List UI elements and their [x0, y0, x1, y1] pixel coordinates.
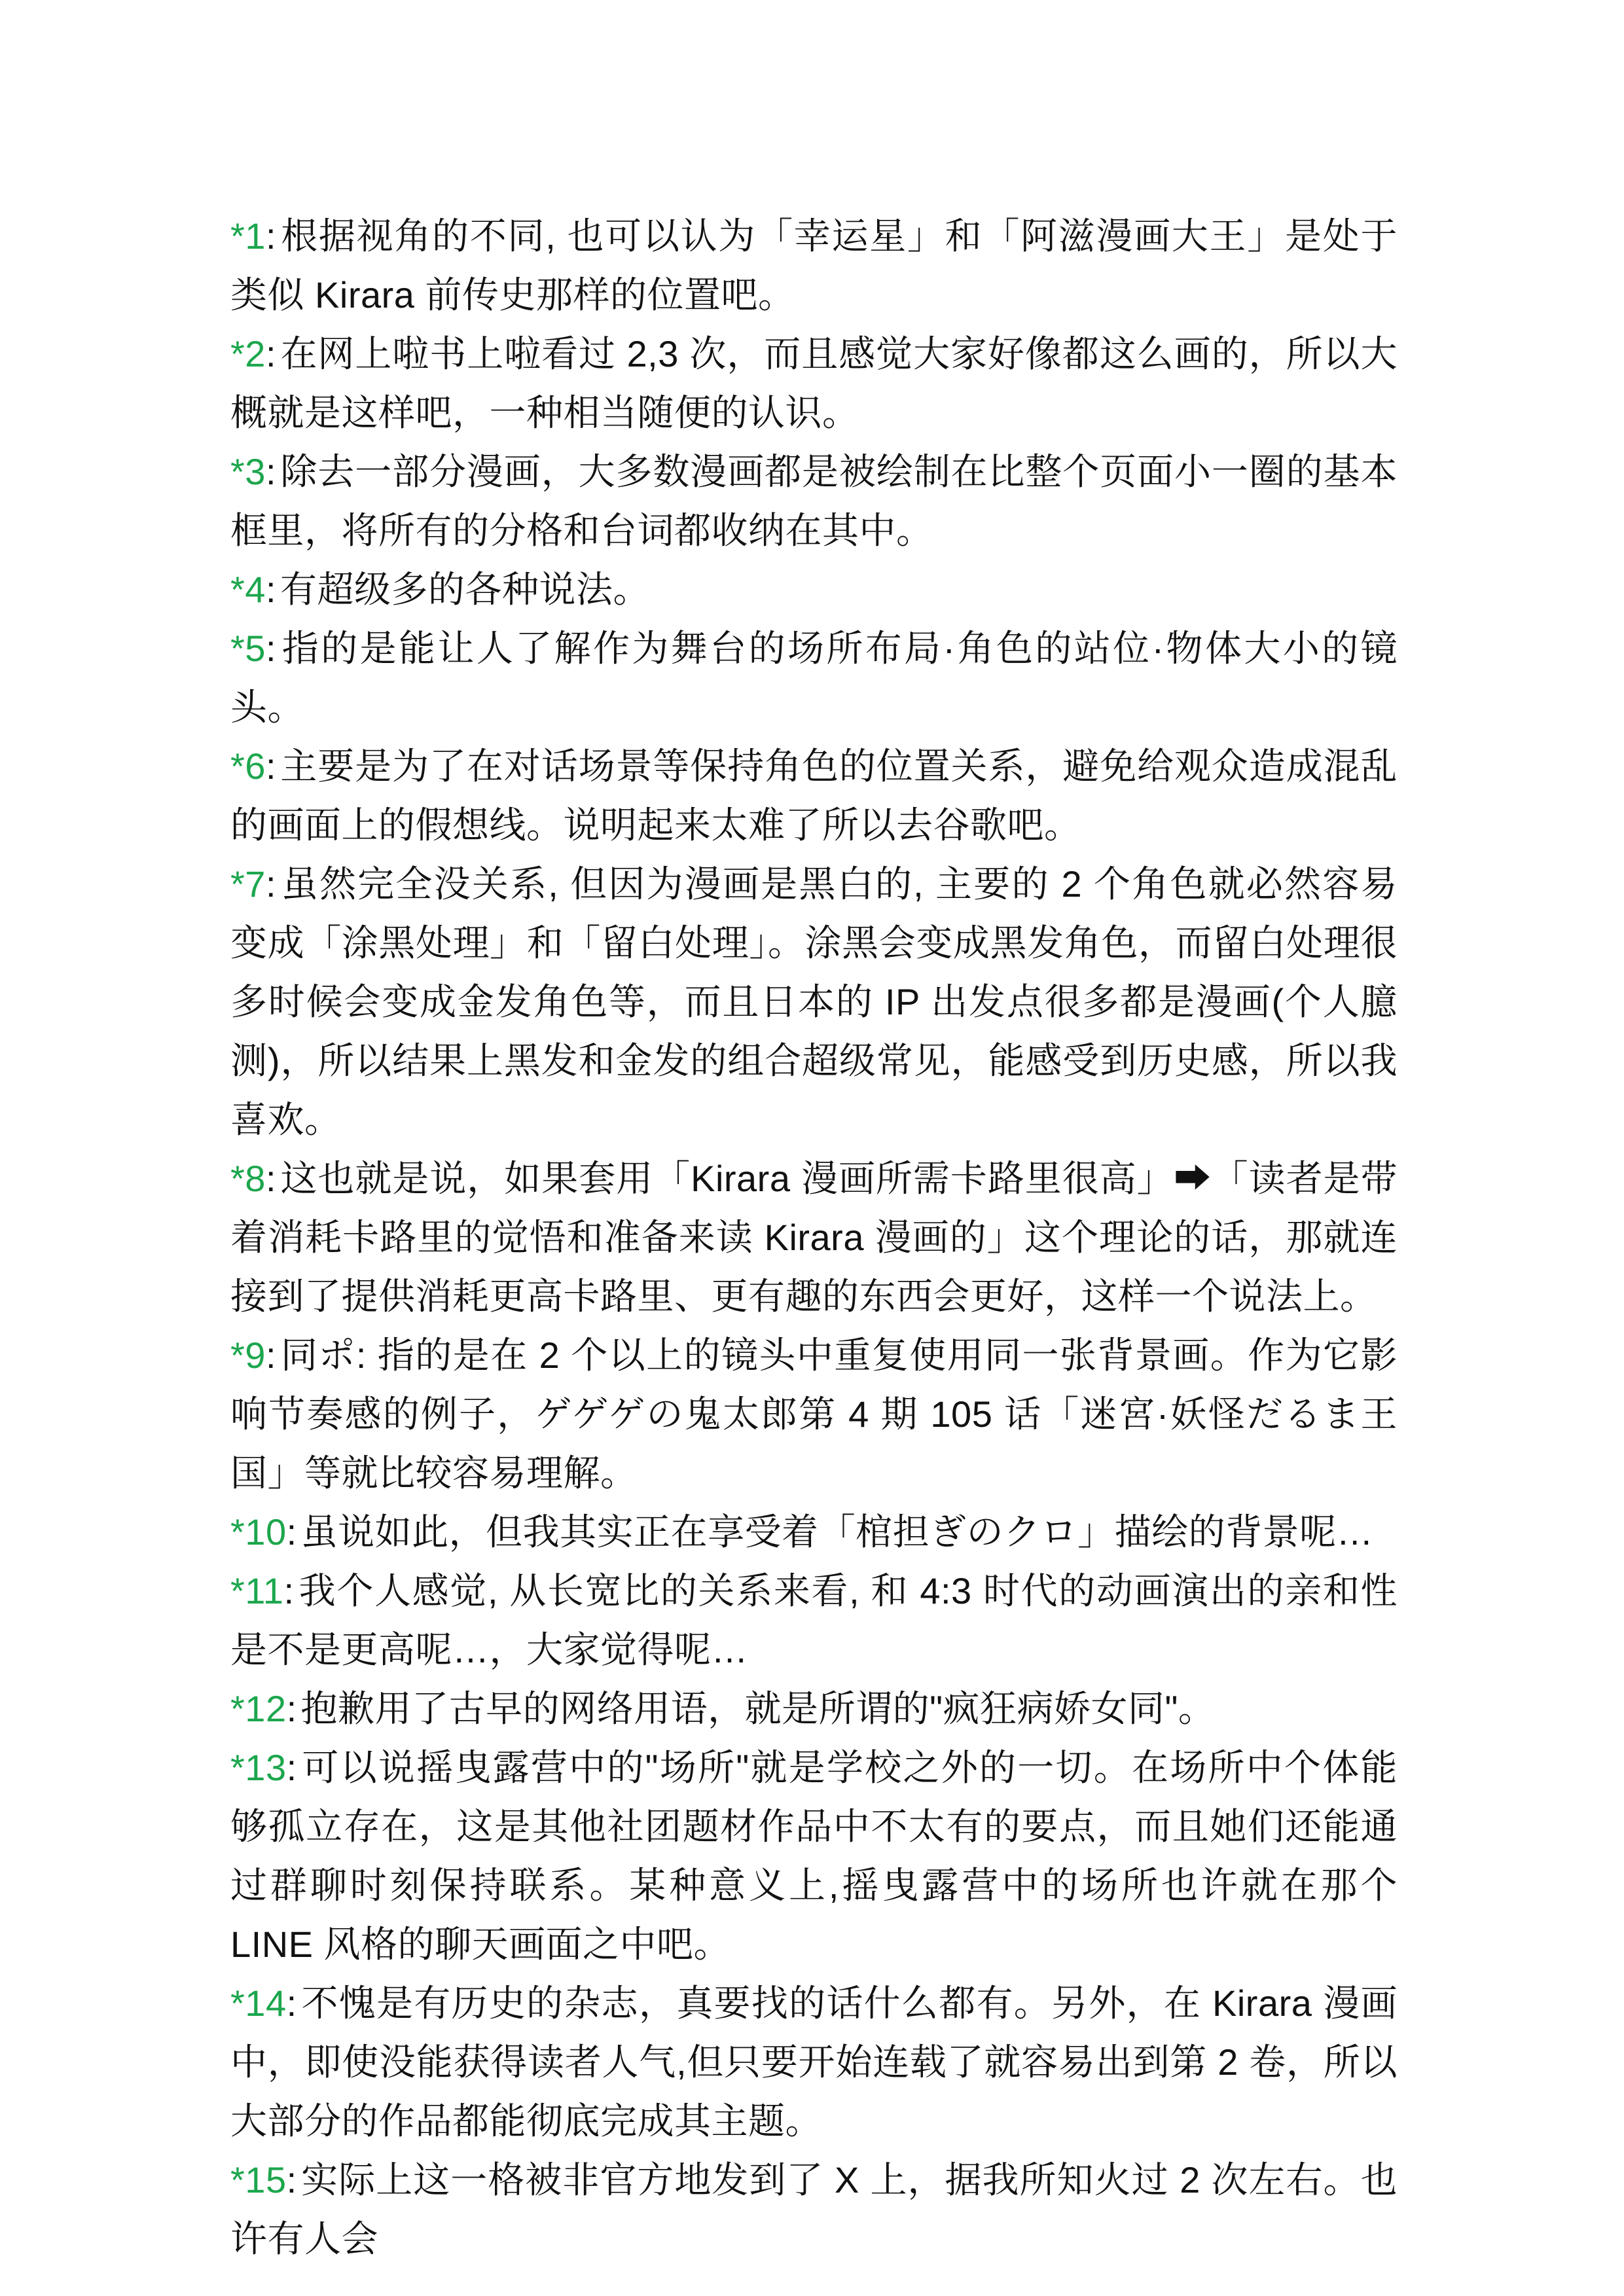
- footnote-text: 根据视角的不同, 也可以认为「幸运星」和「阿滋漫画大王」是处于类似 Kirara…: [230, 215, 1398, 315]
- footnote-marker[interactable]: *15: [230, 2159, 287, 2200]
- footnote-text: 可以说摇曳露营中的"场所"就是学校之外的一切。在场所中个体能够孤立存在，这是其他…: [230, 1747, 1398, 1965]
- footnote-item: *14:不愧是有历史的杂志，真要找的话什么都有。另外，在 Kirara 漫画中，…: [230, 1974, 1398, 2151]
- footnote-text: 有超级多的各种说法。: [280, 569, 650, 610]
- footnote-marker[interactable]: *10: [230, 1511, 287, 1552]
- footnote-item: *5:指的是能让人了解作为舞台的场所布局·角色的站位·物体大小的镜头。: [230, 619, 1398, 737]
- footnote-separator: :: [266, 863, 280, 905]
- footnote-item: *11:我个人感觉, 从长宽比的关系来看, 和 4:3 时代的动画演出的亲和性是…: [230, 1562, 1398, 1679]
- footnote-separator: :: [266, 1158, 280, 1199]
- footnote-separator: :: [266, 569, 280, 610]
- footnote-separator: :: [266, 628, 280, 669]
- footnote-text: 不愧是有历史的杂志，真要找的话什么都有。另外，在 Kirara 漫画中，即使没能…: [230, 1982, 1398, 2142]
- footnote-separator: :: [287, 2159, 301, 2200]
- footnote-item: *13:可以说摇曳露营中的"场所"就是学校之外的一切。在场所中个体能够孤立存在，…: [230, 1738, 1398, 1974]
- footnote-marker[interactable]: *11: [230, 1570, 283, 1611]
- footnote-text: 实际上这一格被非官方地发到了 X 上，据我所知火过 2 次左右。也许有人会: [230, 2159, 1398, 2259]
- footnote-text: 这也就是说，如果套用「Kirara 漫画所需卡路里很高」➡「读者是带着消耗卡路里…: [230, 1158, 1398, 1317]
- footnote-separator: :: [266, 451, 280, 492]
- footnote-text: 虽然完全没关系, 但因为漫画是黑白的, 主要的 2 个角色就必然容易变成「涂黑处…: [230, 863, 1398, 1140]
- footnote-item: *1:根据视角的不同, 也可以认为「幸运星」和「阿滋漫画大王」是处于类似 Kir…: [230, 207, 1398, 325]
- footnote-marker[interactable]: *1: [230, 215, 266, 257]
- footnote-separator: :: [287, 1747, 301, 1788]
- footnote-marker[interactable]: *12: [230, 1688, 287, 1729]
- footnote-marker[interactable]: *14: [230, 1982, 287, 2024]
- footnote-text: 除去一部分漫画，大多数漫画都是被绘制在比整个页面小一圈的基本框里，将所有的分格和…: [230, 451, 1398, 551]
- footnote-text: 指的是能让人了解作为舞台的场所布局·角色的站位·物体大小的镜头。: [230, 628, 1398, 728]
- footnote-item: *6:主要是为了在对话场景等保持角色的位置关系，避免给观众造成混乱的画面上的假想…: [230, 737, 1398, 855]
- footnote-text: 虽说如此，但我其实正在享受着「棺担ぎのクロ」描绘的背景呢…: [301, 1511, 1374, 1552]
- footnote-text: 抱歉用了古早的网络用语，就是所谓的"疯狂病娇女同"。: [301, 1688, 1216, 1729]
- footnote-marker[interactable]: *8: [230, 1158, 266, 1199]
- footnote-item: *15:实际上这一格被非官方地发到了 X 上，据我所知火过 2 次左右。也许有人…: [230, 2151, 1398, 2269]
- footnote-separator: :: [287, 1982, 301, 2024]
- footnote-text: 同ポ: 指的是在 2 个以上的镜头中重复使用同一张背景画。作为它影响节奏感的例子…: [230, 1335, 1398, 1494]
- footnote-separator: :: [266, 745, 280, 787]
- footnote-marker[interactable]: *13: [230, 1747, 287, 1788]
- footnote-item: *10:虽说如此，但我其实正在享受着「棺担ぎのクロ」描绘的背景呢…: [230, 1503, 1398, 1562]
- footnote-item: *2:在网上啦书上啦看过 2,3 次，而且感觉大家好像都这么画的，所以大概就是这…: [230, 325, 1398, 442]
- footnote-marker[interactable]: *2: [230, 333, 266, 374]
- footnote-separator: :: [283, 1570, 298, 1611]
- document-page: *1:根据视角的不同, 也可以认为「幸运星」和「阿滋漫画大王」是处于类似 Kir…: [0, 0, 1624, 2296]
- footnote-marker[interactable]: *4: [230, 569, 266, 610]
- footnote-text: 我个人感觉, 从长宽比的关系来看, 和 4:3 时代的动画演出的亲和性是不是更高…: [230, 1570, 1398, 1670]
- footnote-item: *7:虽然完全没关系, 但因为漫画是黑白的, 主要的 2 个角色就必然容易变成「…: [230, 855, 1398, 1149]
- footnote-item: *9:同ポ: 指的是在 2 个以上的镜头中重复使用同一张背景画。作为它影响节奏感…: [230, 1326, 1398, 1503]
- footnote-separator: :: [266, 333, 280, 374]
- footnote-separator: :: [287, 1688, 301, 1729]
- footnote-marker[interactable]: *6: [230, 745, 266, 787]
- footnote-item: *12:抱歉用了古早的网络用语，就是所谓的"疯狂病娇女同"。: [230, 1679, 1398, 1738]
- footnote-marker[interactable]: *5: [230, 628, 266, 669]
- footnote-text: 主要是为了在对话场景等保持角色的位置关系，避免给观众造成混乱的画面上的假想线。说…: [230, 745, 1398, 846]
- footnote-text: 在网上啦书上啦看过 2,3 次，而且感觉大家好像都这么画的，所以大概就是这样吧，…: [230, 333, 1398, 433]
- footnote-separator: :: [266, 215, 280, 257]
- footnote-list: *1:根据视角的不同, 也可以认为「幸运星」和「阿滋漫画大王」是处于类似 Kir…: [230, 207, 1398, 2269]
- footnote-marker[interactable]: *7: [230, 863, 266, 905]
- footnote-separator: :: [266, 1335, 280, 1376]
- footnote-item: *8:这也就是说，如果套用「Kirara 漫画所需卡路里很高」➡「读者是带着消耗…: [230, 1149, 1398, 1326]
- footnote-marker[interactable]: *9: [230, 1335, 266, 1376]
- footnote-marker[interactable]: *3: [230, 451, 266, 492]
- footnote-item: *4:有超级多的各种说法。: [230, 560, 1398, 619]
- footnote-item: *3:除去一部分漫画，大多数漫画都是被绘制在比整个页面小一圈的基本框里，将所有的…: [230, 442, 1398, 560]
- footnote-separator: :: [287, 1511, 301, 1552]
